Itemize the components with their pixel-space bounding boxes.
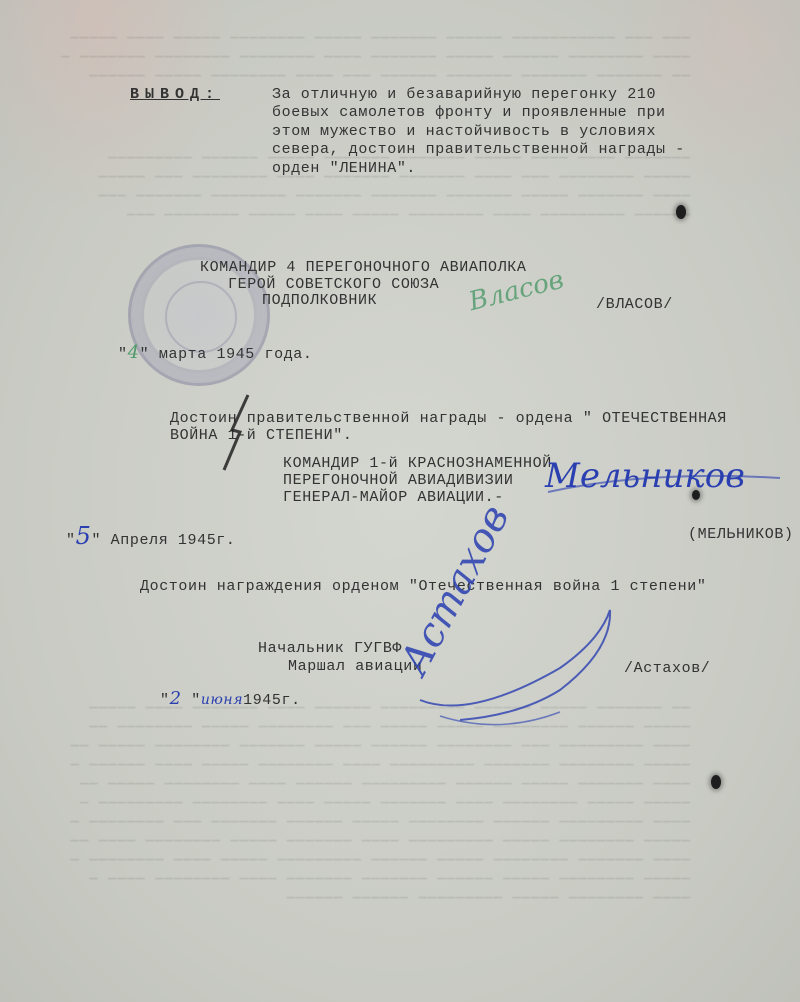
handwriting-strokes — [0, 0, 800, 1002]
ink-spot — [692, 490, 700, 500]
chief-signature-loop — [420, 610, 610, 720]
division-check-mark — [224, 395, 248, 470]
ink-spot — [676, 205, 686, 219]
ink-spot — [711, 775, 721, 789]
division-signature-underline — [548, 476, 780, 492]
